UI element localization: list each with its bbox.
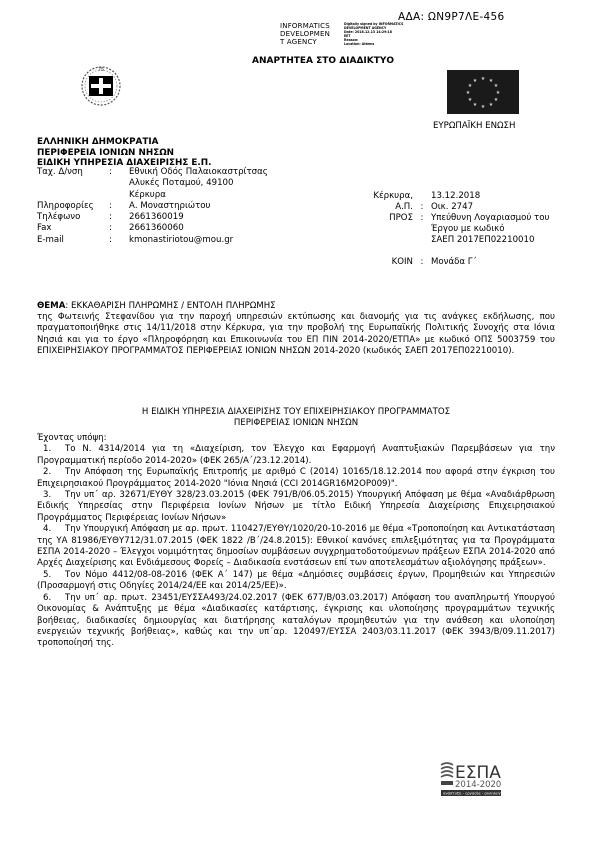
info-row-address-2: Αλυκές Ποταμού, 49100 xyxy=(37,178,329,189)
item-number: 3. xyxy=(37,490,65,501)
info-key xyxy=(37,190,109,201)
svg-text:★: ★ xyxy=(496,90,501,96)
info-sep: : xyxy=(109,201,129,212)
subject-title-line: ΘΕΜΑ: ΕΚΚΑΘΑΡΙΣΗ ΠΛΗΡΩΜΗΣ / ΕΝΤΟΛΗ ΠΛΗΡΩ… xyxy=(37,301,555,312)
signature-signer: INFORMATICS DEVELOPMEN T AGENCY xyxy=(280,22,330,46)
rec-row-to-2: Έργου με κωδικό xyxy=(360,224,591,235)
info-value: Αλυκές Ποταμού, 49100 xyxy=(129,178,329,189)
rec-value: 13.12.2018 xyxy=(431,191,591,202)
info-row-email: E-mail : kmonastiriotou@mou.gr xyxy=(37,235,329,246)
svg-text:★: ★ xyxy=(473,78,478,84)
info-sep: : xyxy=(109,167,129,178)
rec-value: Οικ. 2747 xyxy=(431,202,591,213)
espa-logo: ΕΣΠΑ 2014-2020 ανάπτυξη - εργασία - αλλη… xyxy=(439,757,529,799)
svg-text:★: ★ xyxy=(473,102,478,108)
svg-text:75: 75 xyxy=(98,67,104,73)
info-key xyxy=(37,178,109,189)
rec-key xyxy=(360,246,413,257)
info-row-fax: Fax : 2661360060 xyxy=(37,223,329,234)
ada-code: ΑΔΑ: ΩΝ9Ρ7ΛΕ-456 xyxy=(398,11,504,24)
rec-sep xyxy=(413,235,431,246)
item-text: Τον Νόμο 4412/08-08-2016 (ΦΕΚ Α΄ 147) με… xyxy=(37,570,555,591)
info-sep: : xyxy=(109,235,129,246)
item-text: Το Ν. 4314/2014 για τη «Διαχείριση, τον … xyxy=(37,444,555,465)
rec-key: ΚΟΙΝ xyxy=(360,257,413,268)
rec-sep xyxy=(413,246,431,257)
eu-flag-icon: ★ ★ ★ ★ ★ ★ ★ ★ ★ ★ ★ ★ xyxy=(447,70,519,114)
subject-label: ΘΕΜΑ xyxy=(37,301,65,311)
info-key: Fax xyxy=(37,223,109,234)
info-value: Κέρκυρα xyxy=(129,190,329,201)
info-sep: : xyxy=(109,223,129,234)
rec-sep: : xyxy=(413,202,431,213)
subject-section: ΘΕΜΑ: ΕΚΚΑΘΑΡΙΣΗ ΠΛΗΡΩΜΗΣ / ΕΝΤΟΛΗ ΠΛΗΡΩ… xyxy=(37,301,555,357)
rec-row-protocol: Α.Π. : Οικ. 2747 xyxy=(360,202,591,213)
svg-text:★: ★ xyxy=(489,102,494,108)
info-row-phone: Τηλέφωνο : 2661360019 xyxy=(37,212,329,223)
rec-key: ΠΡΟΣ xyxy=(360,213,413,224)
item-text: Την υπ΄ αρ. πρωτ. 23451/ΕΥΣΣΑ493/24.02.2… xyxy=(37,593,555,649)
rec-sep xyxy=(413,191,431,202)
svg-text:★: ★ xyxy=(481,104,486,110)
list-item: 4.Την Υπουργική Απόφαση με αρ. πρωτ. 110… xyxy=(37,524,555,570)
subject-title: : ΕΚΚΑΘΑΡΙΣΗ ΠΛΗΡΩΜΗΣ / ΕΝΤΟΛΗ ΠΛΗΡΩΜΗΣ xyxy=(65,301,275,311)
svg-text:★: ★ xyxy=(468,97,473,103)
info-row-address: Ταχ. Δ/νση : Εθνική Οδός Παλαιοκαστρίτσα… xyxy=(37,167,329,178)
info-value: 2661360019 xyxy=(129,212,329,223)
svg-text:★: ★ xyxy=(481,76,486,82)
rec-value: ΣΑΕΠ 2017ΕΠ02210010 xyxy=(431,235,591,246)
list-item: 2.Την Απόφαση της Ευρωπαϊκής Επιτροπής μ… xyxy=(37,467,555,490)
svg-text:★: ★ xyxy=(466,90,471,96)
rec-value: Μονάδα Γ΄ xyxy=(431,257,591,268)
svg-text:★: ★ xyxy=(494,97,499,103)
info-key: E-mail xyxy=(37,235,109,246)
svg-text:★: ★ xyxy=(494,83,499,89)
item-number: 2. xyxy=(37,467,65,478)
rec-sep: : xyxy=(413,213,431,224)
list-item: 1.Το Ν. 4314/2014 για τη «Διαχείριση, το… xyxy=(37,444,555,467)
info-key: Πληροφορίες xyxy=(37,201,109,212)
list-item: 5.Τον Νόμο 4412/08-08-2016 (ΦΕΚ Α΄ 147) … xyxy=(37,570,555,593)
espa-waves-icon xyxy=(441,763,453,777)
info-key: Ταχ. Δ/νση xyxy=(37,167,109,178)
info-row-address-3: Κέρκυρα xyxy=(37,190,329,201)
svg-text:2014-2020: 2014-2020 xyxy=(455,780,501,790)
info-sep: : xyxy=(109,212,129,223)
rec-row-to: ΠΡΟΣ : Υπεύθυνη Λογαριασμού του xyxy=(360,213,591,224)
rec-row-to-3: ΣΑΕΠ 2017ΕΠ02210010 xyxy=(360,235,591,246)
rec-key: Κέρκυρα, xyxy=(360,191,413,202)
rec-value: Έργου με κωδικό xyxy=(431,224,591,235)
info-value: 2661360060 xyxy=(129,223,329,234)
considerations-list: Έχοντας υπόψη: 1.Το Ν. 4314/2014 για τη … xyxy=(37,433,555,650)
item-text: Την Απόφαση της Ευρωπαϊκής Επιτροπής με … xyxy=(37,467,555,488)
info-value: Α. Μοναστηριώτου xyxy=(129,201,329,212)
rec-row-cc: ΚΟΙΝ : Μονάδα Γ΄ xyxy=(360,257,591,268)
rec-row-date: Κέρκυρα, 13.12.2018 xyxy=(360,191,591,202)
signature-detail-line: Location: Athens xyxy=(344,42,403,46)
item-text: Την υπ΄ αρ. 32671/ΕΥΘΥ 328/23.03.2015 (Φ… xyxy=(37,490,555,523)
item-number: 6. xyxy=(37,593,65,604)
rec-value: Υπεύθυνη Λογαριασμού του xyxy=(431,213,591,224)
sender-contact-info: Ταχ. Δ/νση : Εθνική Οδός Παλαιοκαστρίτσα… xyxy=(37,167,329,246)
greek-emblem-icon: 75 xyxy=(73,62,129,110)
signature-line: T AGENCY xyxy=(280,38,330,46)
rec-key: Α.Π. xyxy=(360,202,413,213)
sender-organization: ΕΛΛΗΝΙΚΗ ΔΗΜΟΚΡΑΤΙΑ ΠΕΡΙΦΕΡΕΙΑ ΙΟΝΙΩΝ ΝΗ… xyxy=(37,137,211,169)
info-row-contact-person: Πληροφορίες : Α. Μοναστηριώτου xyxy=(37,201,329,212)
item-number: 5. xyxy=(37,570,65,581)
item-number: 4. xyxy=(37,524,65,535)
rec-value xyxy=(431,246,591,257)
info-key: Τηλέφωνο xyxy=(37,212,109,223)
publish-notice: ΑΝΑΡΤΗΤΕΑ ΣΤΟ ΔΙΑΔΙΚΤΥΟ xyxy=(252,56,394,67)
org-line: ΕΛΛΗΝΙΚΗ ΔΗΜΟΚΡΑΤΙΑ xyxy=(37,137,211,148)
svg-text:ανάπτυξη - εργασία - αλληλεγγύ: ανάπτυξη - εργασία - αλληλεγγύη xyxy=(443,791,508,796)
signature-line: DEVELOPMEN xyxy=(280,30,330,38)
eu-label: ΕΥΡΩΠΑΪΚΗ ΕΝΩΣΗ xyxy=(433,121,515,131)
signature-details: Digitally signed by INFORMATICS DEVELOPM… xyxy=(344,22,403,46)
info-value: Εθνική Οδός Παλαιοκαστρίτσας xyxy=(129,167,329,178)
info-sep xyxy=(109,190,129,201)
heading-line: ΠΕΡΙΦΕΡΕΙΑΣ ΙΟΝΙΩΝ ΝΗΣΩΝ xyxy=(37,418,555,429)
org-line: ΠΕΡΙΦΕΡΕΙΑ ΙΟΝΙΩΝ ΝΗΣΩΝ xyxy=(37,148,211,159)
subject-text: της Φωτεινής Στεφανίδου για την παροχή υ… xyxy=(37,312,555,357)
rec-sep xyxy=(413,224,431,235)
signature-line: INFORMATICS xyxy=(280,22,330,30)
heading-line: Η ΕΙΔΙΚΗ ΥΠΗΡΕΣΙΑ ΔΙΑΧΕΙΡΙΣΗΣ ΤΟΥ ΕΠΙΧΕΙ… xyxy=(37,407,555,418)
recipient-block: Κέρκυρα, 13.12.2018 Α.Π. : Οικ. 2747 ΠΡΟ… xyxy=(360,191,591,268)
rec-row-spacer xyxy=(360,246,591,257)
item-text: Την Υπουργική Απόφαση με αρ. πρωτ. 11042… xyxy=(37,524,555,568)
email-link[interactable]: kmonastiriotou@mou.gr xyxy=(129,235,329,246)
item-number: 1. xyxy=(37,444,65,455)
authority-heading: Η ΕΙΔΙΚΗ ΥΠΗΡΕΣΙΑ ΔΙΑΧΕΙΡΙΣΗΣ ΤΟΥ ΕΠΙΧΕΙ… xyxy=(37,407,555,430)
considerations-intro: Έχοντας υπόψη: xyxy=(37,433,555,444)
rec-sep: : xyxy=(413,257,431,268)
info-sep xyxy=(109,178,129,189)
list-item: 6.Την υπ΄ αρ. πρωτ. 23451/ΕΥΣΣΑ493/24.02… xyxy=(37,593,555,650)
rec-key xyxy=(360,224,413,235)
list-item: 3.Την υπ΄ αρ. 32671/ΕΥΘΥ 328/23.03.2015 … xyxy=(37,490,555,524)
rec-key xyxy=(360,235,413,246)
